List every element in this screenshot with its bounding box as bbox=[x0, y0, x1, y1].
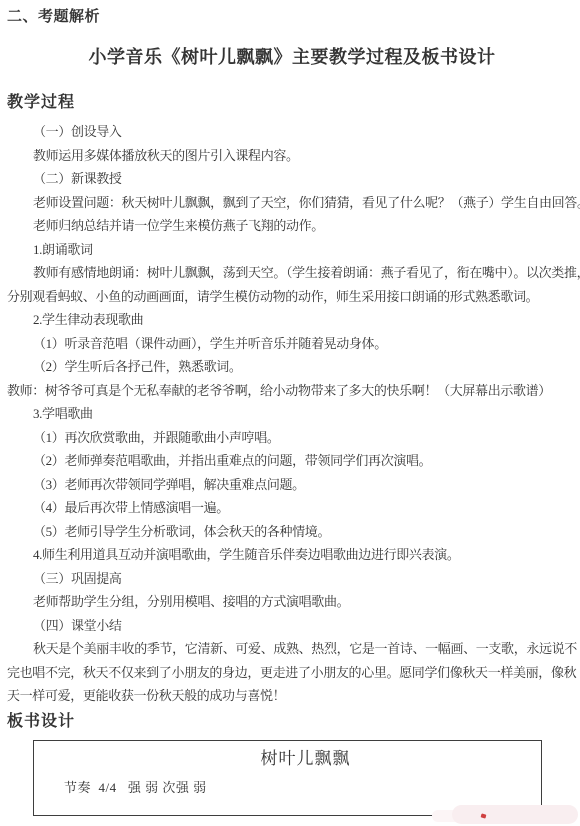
process-line: （1）听录音范唱（课件动画），学生并听音乐并随着晃动身体。 bbox=[7, 332, 577, 356]
process-line: 教师有感情地朗诵：树叶儿飘飘，荡到天空。（学生接着朗诵：燕子看见了，衔在嘴中）。… bbox=[7, 261, 577, 285]
process-line: 秋天是个美丽丰收的季节，它清新、可爱、成熟、热烈，它是一首诗、一幅画、一支歌，永… bbox=[7, 637, 577, 661]
board-box-title: 树叶儿飘飘 bbox=[52, 741, 559, 770]
process-line: 1.朗诵歌词 bbox=[7, 238, 577, 262]
board-design-heading: 板书设计 bbox=[7, 711, 577, 731]
process-line: （1）再次欣赏歌曲，并跟随歌曲小声哼唱。 bbox=[7, 426, 577, 450]
process-line: （一）创设导入 bbox=[7, 120, 577, 144]
section-heading: 二、考题解析 bbox=[7, 6, 577, 26]
process-line: （5）老师引导学生分析歌词，体会秋天的各种情境。 bbox=[7, 520, 577, 544]
process-line: （二）新课教授 bbox=[7, 167, 577, 191]
process-line: 4.师生利用道具互动并演唱歌曲，学生随音乐伴奏边唱歌曲边进行即兴表演。 bbox=[7, 543, 577, 567]
process-line: 分别观看蚂蚁、小鱼的动画画面，请学生模仿动物的动作，师生采用接口朗诵的形式熟悉歌… bbox=[7, 285, 577, 309]
teaching-process-lines: （一）创设导入教师运用多媒体播放秋天的图片引入课程内容。（二）新课教授老师设置问… bbox=[7, 120, 577, 708]
teaching-process-heading: 教学过程 bbox=[7, 92, 577, 112]
process-line: （4）最后再次带上情感演唱一遍。 bbox=[7, 496, 577, 520]
process-line: （四）课堂小结 bbox=[7, 614, 577, 638]
board-rhythm-line: 节奏 4/4 强 弱 次强 弱 bbox=[34, 780, 541, 796]
process-line: 老师帮助学生分组，分别用模唱、接唱的方式演唱歌曲。 bbox=[7, 590, 577, 614]
process-line: 老师设置问题：秋天树叶儿飘飘，飘到了天空，你们猜猜，看见了什么呢？（燕子）学生自… bbox=[7, 191, 577, 215]
watermark-smudge bbox=[452, 805, 578, 824]
document-page: 二、考题解析 小学音乐《树叶儿飘飘》主要教学过程及板书设计 教学过程 （一）创设… bbox=[0, 0, 580, 816]
process-line: （2）学生听后各抒己件，熟悉歌词。 bbox=[7, 355, 577, 379]
process-line: 完也唱不完，秋天不仅来到了小朋友的身边，更走进了小朋友的心里。愿同学们像秋天一样… bbox=[7, 661, 577, 685]
process-line: 教师：树爷爷可真是个无私奉献的老爷爷啊，给小动物带来了多大的快乐啊！（大屏幕出示… bbox=[7, 379, 577, 403]
process-line: 老师归纳总结并请一位学生来模仿燕子飞翔的动作。 bbox=[7, 214, 577, 238]
document-title: 小学音乐《树叶儿飘飘》主要教学过程及板书设计 bbox=[7, 46, 577, 70]
process-line: 3.学唱歌曲 bbox=[7, 402, 577, 426]
process-line: （3）老师再次带领同学弹唱，解决重难点问题。 bbox=[7, 473, 577, 497]
process-line: 2.学生律动表现歌曲 bbox=[7, 308, 577, 332]
process-line: 教师运用多媒体播放秋天的图片引入课程内容。 bbox=[7, 144, 577, 168]
process-line: （2）老师弹奏范唱歌曲，并指出重难点的问题，带领同学们再次演唱。 bbox=[7, 449, 577, 473]
process-line: （三）巩固提高 bbox=[7, 567, 577, 591]
process-line: 天一样可爱，更能收获一份秋天般的成功与喜悦！ bbox=[7, 684, 577, 708]
